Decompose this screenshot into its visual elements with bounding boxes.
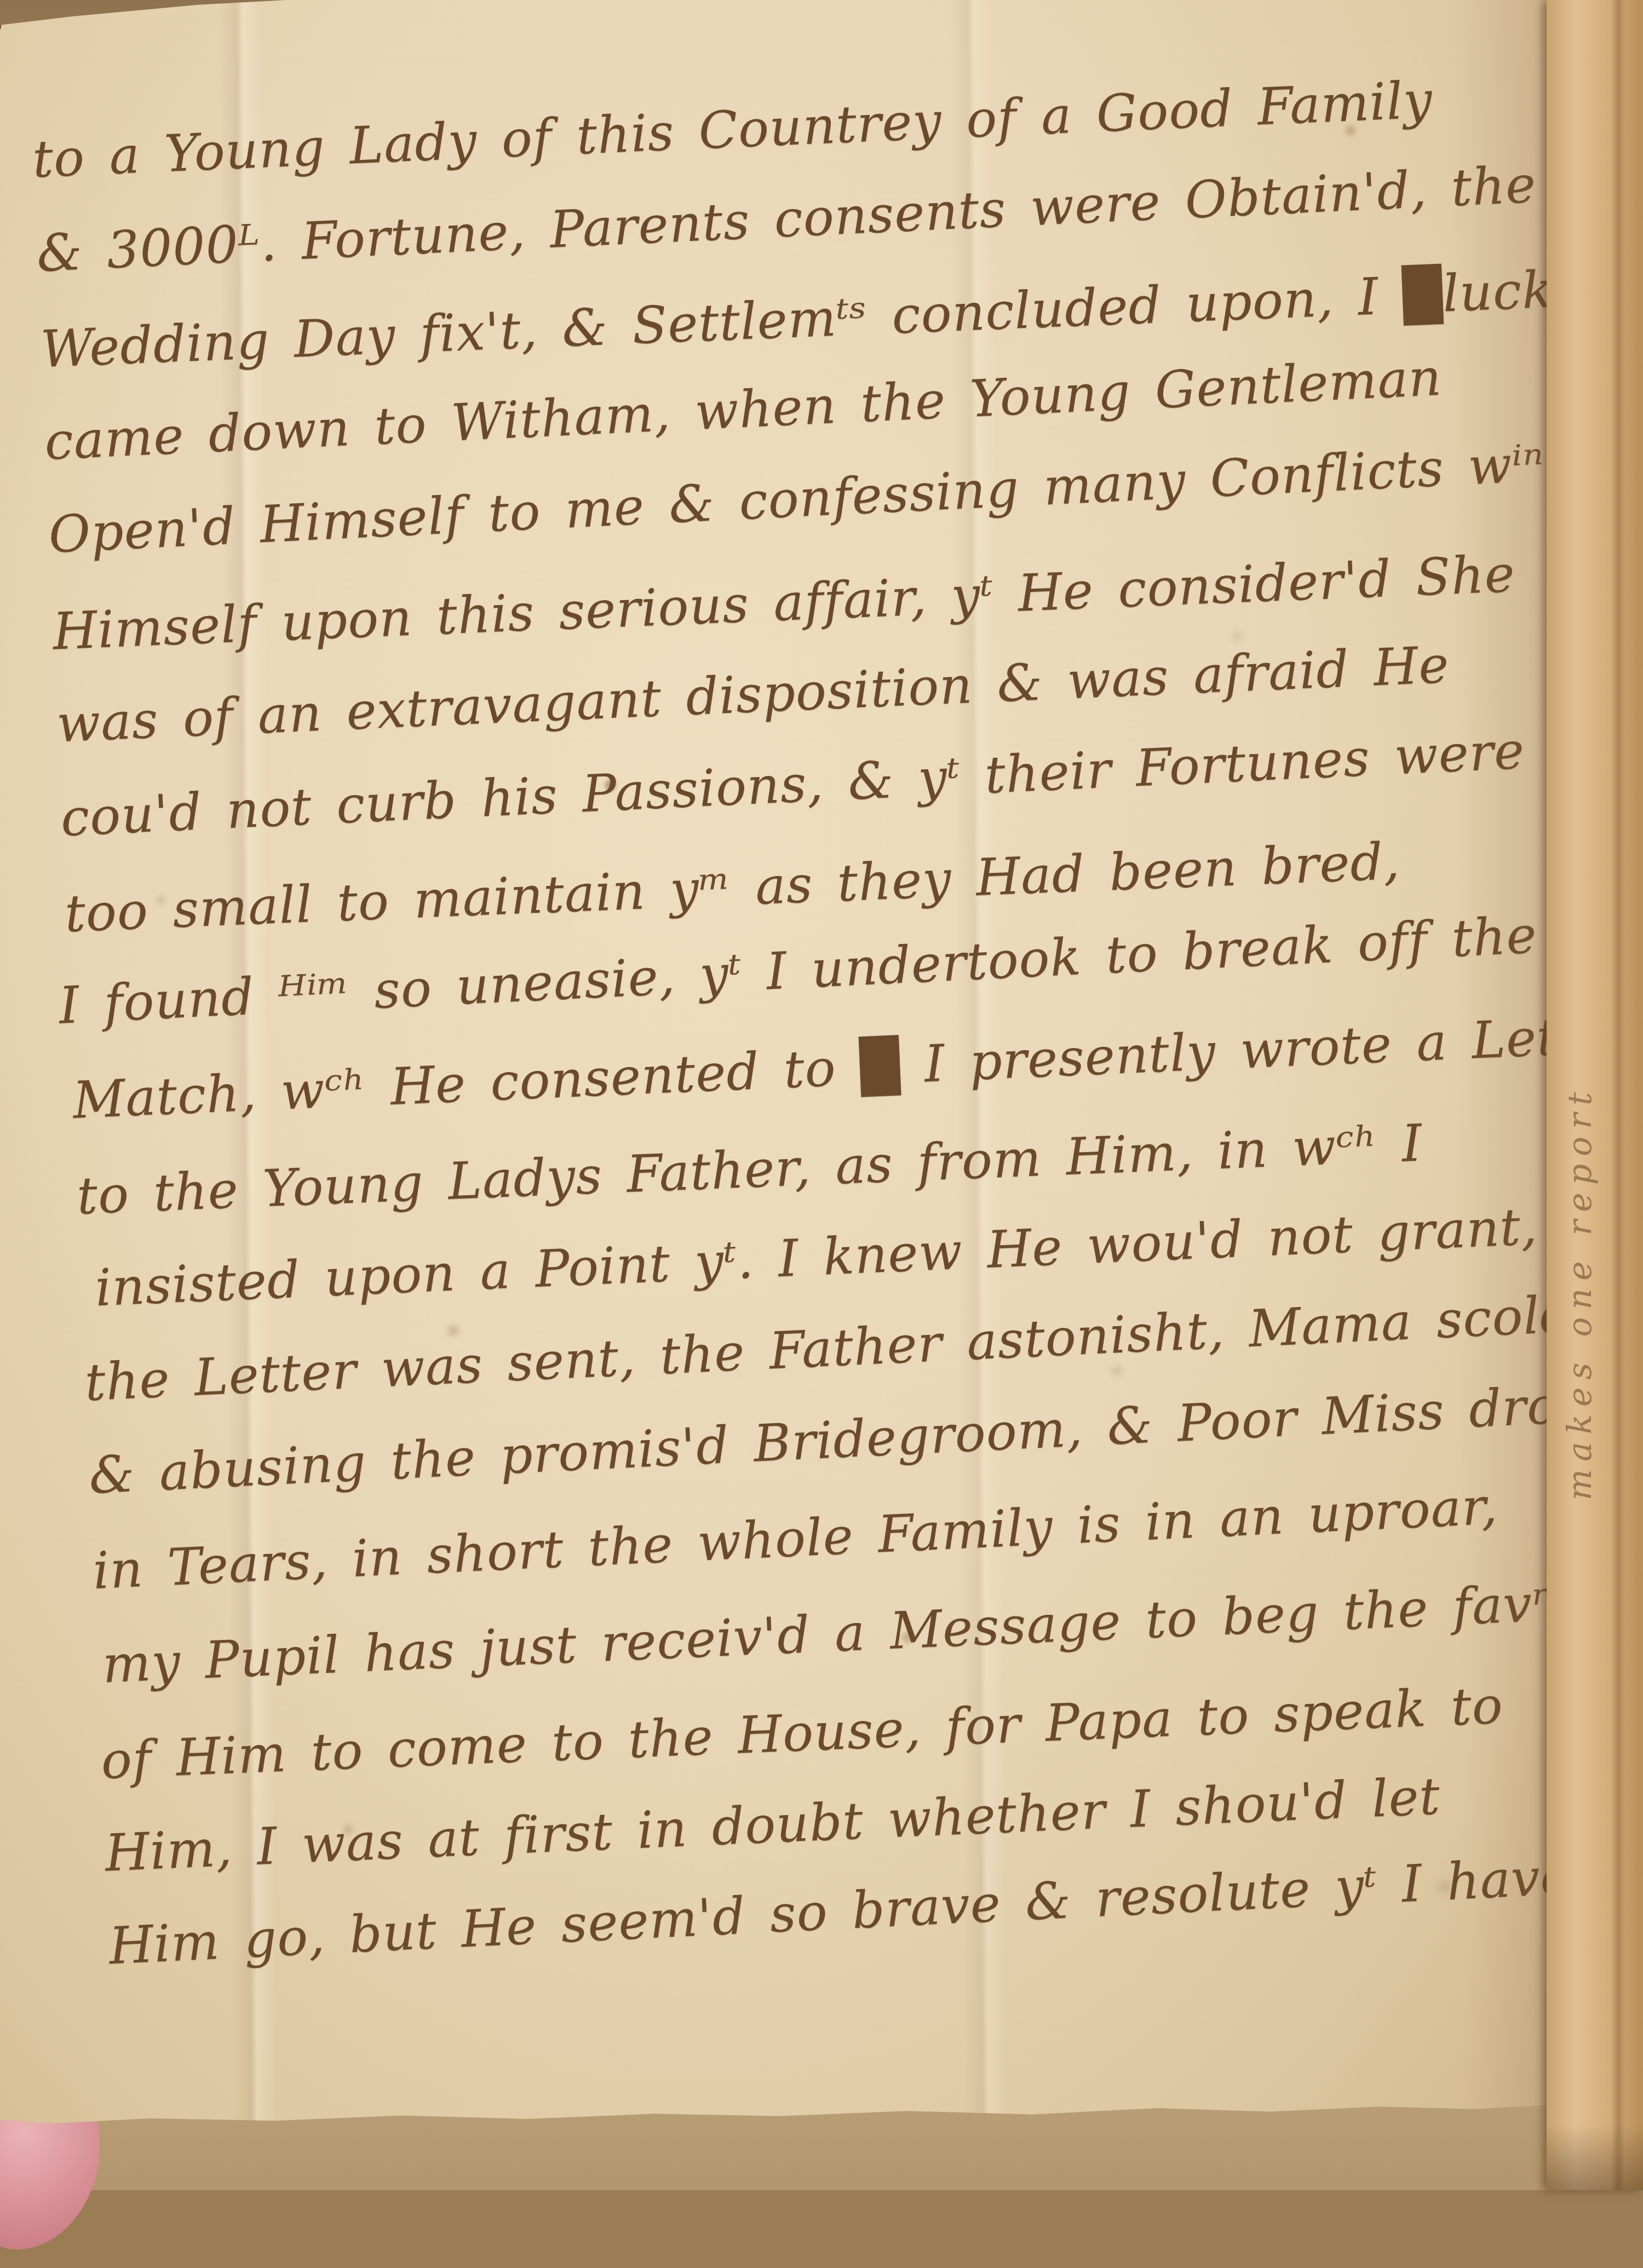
- adjacent-page-crease: [1611, 0, 1625, 2190]
- manuscript-page: S to a Young Lady of this Countrey of a …: [0, 0, 1569, 2139]
- adjacent-page-bottom-shadow: [1547, 2125, 1643, 2190]
- adjacent-page-text-fragment: makes one report: [1561, 77, 1599, 1500]
- manuscript-text: to a Young Lady of this Countrey of a Go…: [31, 49, 1569, 1995]
- adjacent-page-edge: makes one report: [1547, 0, 1643, 2190]
- photograph: S to a Young Lady of this Countrey of a …: [0, 0, 1643, 2190]
